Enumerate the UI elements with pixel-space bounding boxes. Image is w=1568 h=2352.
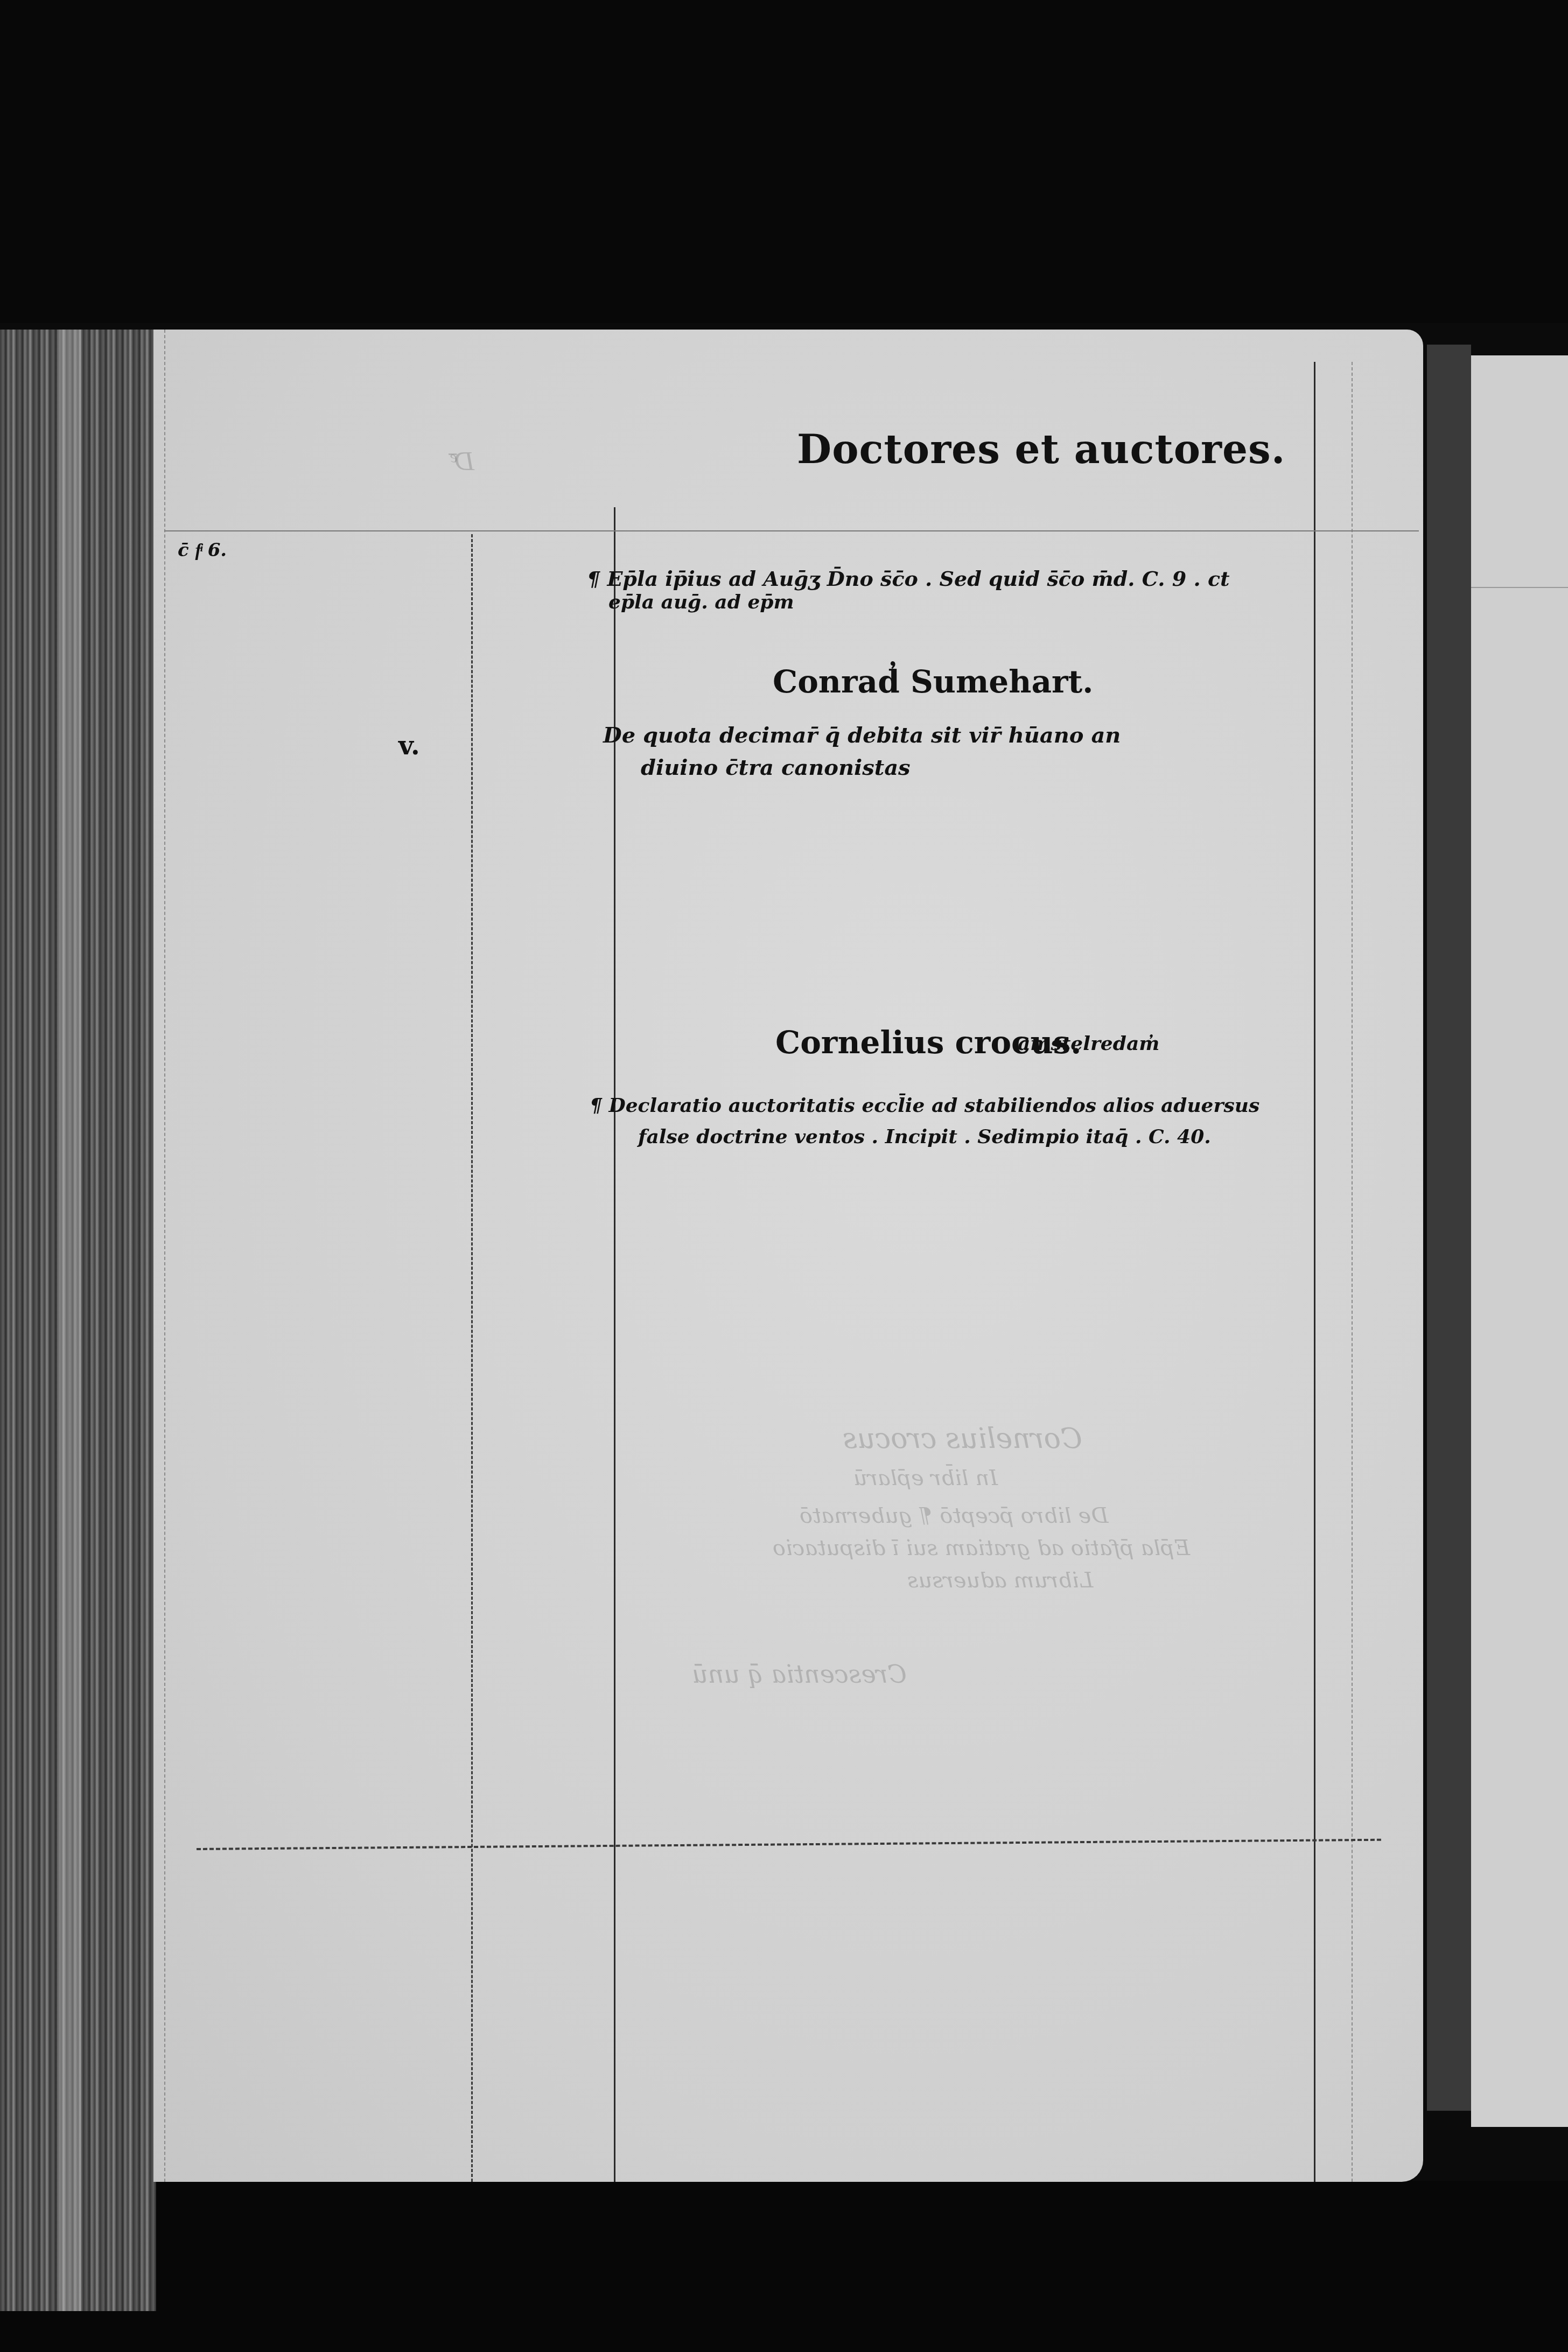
bleed-through-text: Cornelius crocus <box>843 1423 1082 1455</box>
ruling-header <box>164 530 1419 531</box>
marginal-mark: v. <box>398 731 420 761</box>
manuscript-page: Dͤ̄ Cornelius crocus In lib̄r ep̄larū D… <box>153 330 1423 2182</box>
bleed-through-text: Librum aduersus <box>907 1568 1093 1593</box>
author-heading: Conrad̓ Sumehart. <box>773 663 1094 700</box>
bleed-through-text: In lib̄r ep̄larū <box>853 1466 998 1490</box>
book-gutter <box>1427 345 1471 2111</box>
author-suffix: amstelredam̓ <box>1018 1032 1159 1055</box>
facing-page-edge <box>1471 355 1568 2127</box>
ruling-outer-right <box>1352 362 1353 2182</box>
facing-page-ruling <box>1471 587 1568 588</box>
background-top <box>0 0 1568 323</box>
ruling-text-right <box>1314 362 1315 2182</box>
running-title: Doctores et auctores. <box>797 426 1285 473</box>
ruling-margin-dashed <box>471 534 473 2182</box>
margin-note: c̄ fͥ 6. <box>178 540 227 561</box>
entry-text-line: ¶ Ep̄la ip̄ius ad Auḡʒ D̄no s̄c̄o . Sed… <box>587 566 1230 591</box>
bleed-through-text: Dͤ̄ <box>455 445 474 477</box>
entry-text-line: ¶ Declaratio auctoritatis eccl̄ie ad sta… <box>590 1094 1259 1117</box>
bleed-through-text: De libro p̄ceptō ¶ gubernatō <box>800 1503 1108 1528</box>
background-bottom <box>0 2181 1568 2352</box>
entry-text-line: false doctrine ventos . Incipit . Sedimp… <box>638 1125 1211 1148</box>
entry-text-line: De quota decimar̄ q̄ debita sit vir̄ hū… <box>603 723 1121 748</box>
ruling-outer-margin <box>164 330 165 2182</box>
entry-text-line: diuino c̄tra canonistas <box>641 755 911 780</box>
ruling-text-left <box>614 507 615 2182</box>
fore-edge-highlight <box>59 330 81 2311</box>
bleed-through-text: Crescentia q̄ unū <box>692 1660 907 1689</box>
bleed-through-text: Ep̄la p̄fatio ad gratiam sui ī disputac… <box>773 1536 1190 1560</box>
entry-text-line: ep̄la auḡ. ad ep̄m <box>608 591 794 613</box>
ruling-footer <box>197 1839 1381 1850</box>
